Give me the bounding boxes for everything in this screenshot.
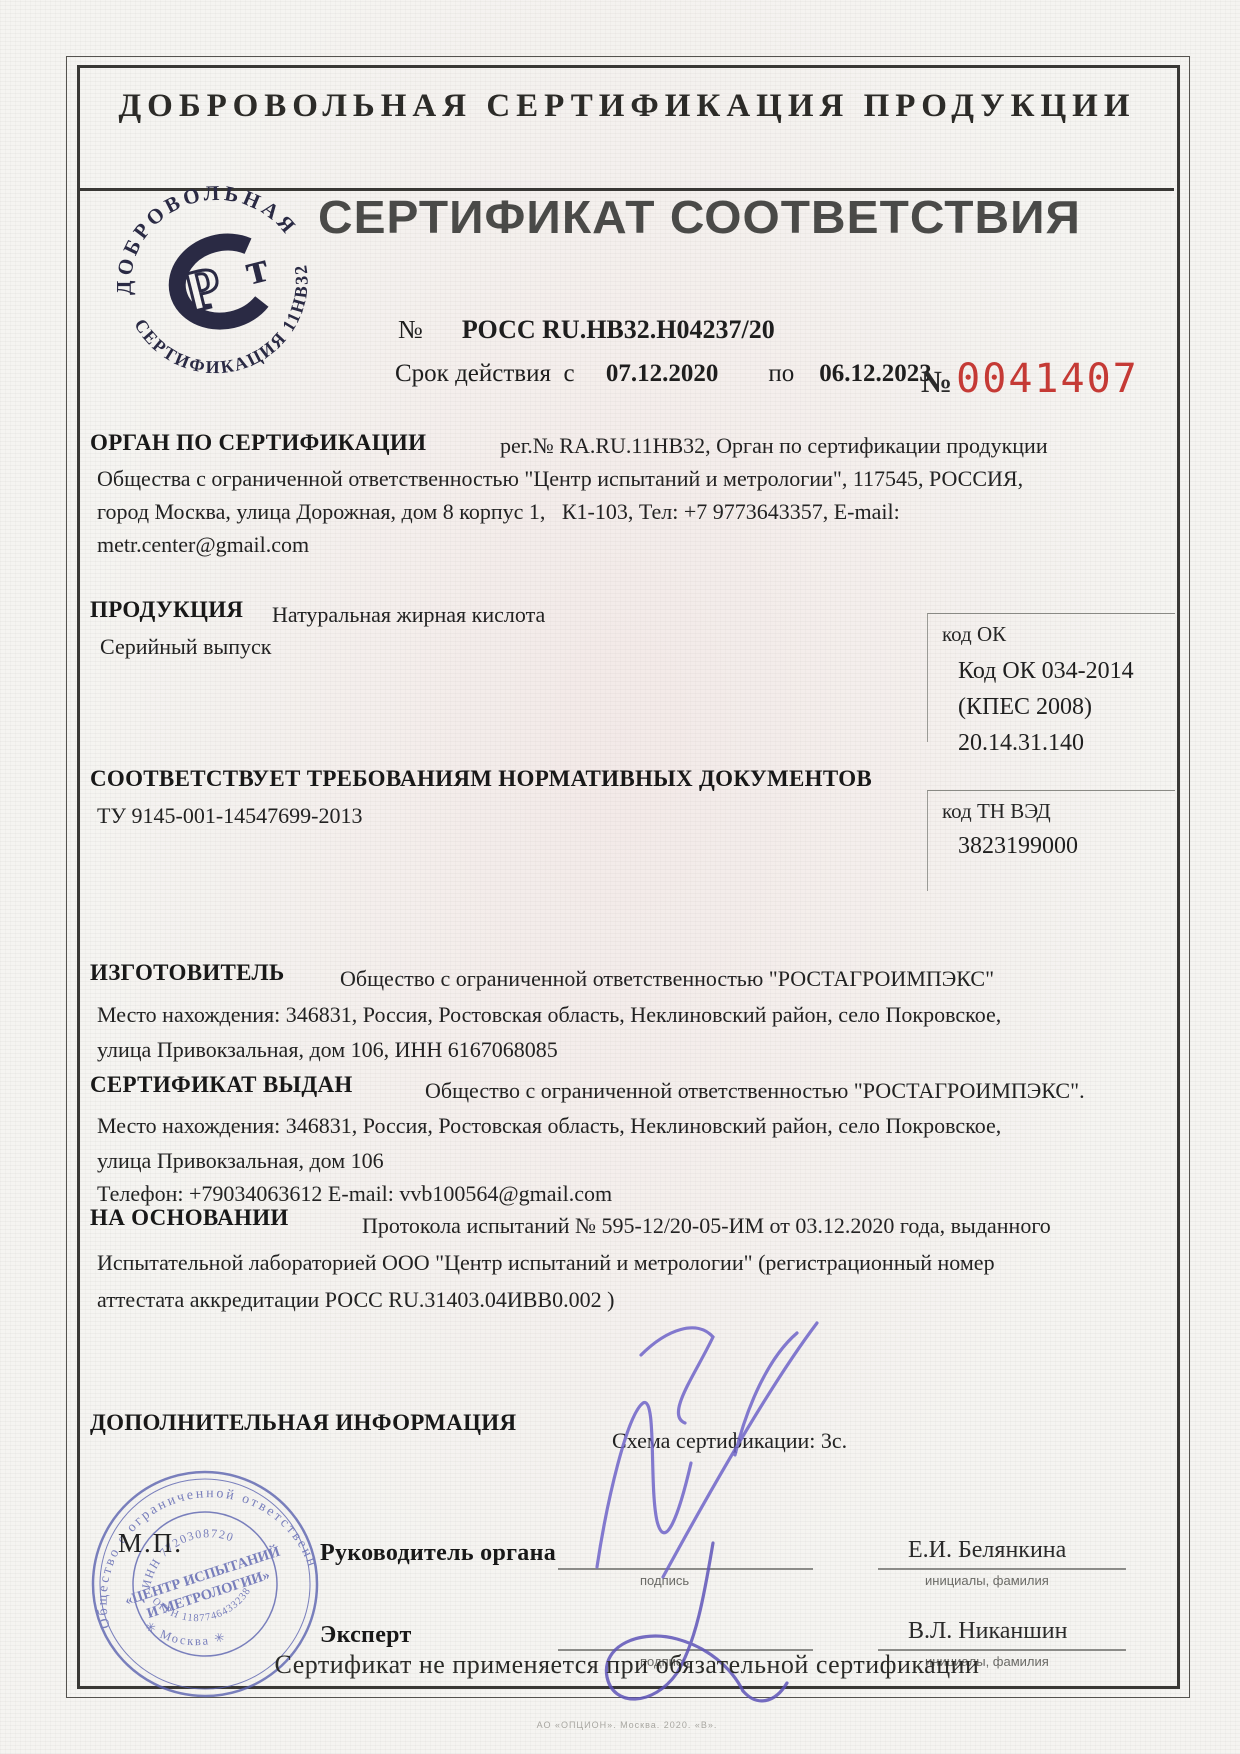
rst-mark-icon: Р т xyxy=(169,233,278,331)
rst-logo: ДОБРОВОЛЬНАЯ СЕРТИФИКАЦИЯ 11НВ32 Р т xyxy=(98,183,334,403)
body-line2: Общества с ограниченной ответственностью… xyxy=(97,466,1023,492)
tnved-code-value: 3823199000 xyxy=(928,824,1175,864)
additional-section-label: ДОПОЛНИТЕЛЬНАЯ ИНФОРМАЦИЯ xyxy=(90,1410,516,1436)
head-role-label: Руководитель органа xyxy=(320,1540,556,1567)
head-name-caption: инициалы, фамилия xyxy=(925,1573,1049,1588)
conforms-section-label: СООТВЕТСТВУЕТ ТРЕБОВАНИЯМ НОРМАТИВНЫХ ДО… xyxy=(90,766,872,792)
product-type: Серийный выпуск xyxy=(100,634,271,660)
tnved-code-label: код ТН ВЭД xyxy=(928,791,1175,824)
expert-signature-ink xyxy=(555,1535,835,1725)
ok-code-label: код ОК xyxy=(928,614,1175,647)
product-name: Натуральная жирная кислота xyxy=(272,602,545,628)
ok-code-line2: (КПЕС 2008) xyxy=(928,689,1175,725)
expert-name: В.Л. Никаншин xyxy=(908,1618,1067,1645)
head-name: Е.И. Белянкина xyxy=(908,1537,1066,1564)
conforms-value: ТУ 9145-001-14547699-2013 xyxy=(97,803,363,829)
head-name-line xyxy=(878,1568,1126,1570)
basis-line3: аттестата аккредитации РОСС RU.31403.04И… xyxy=(97,1287,614,1313)
manufacturer-section-label: ИЗГОТОВИТЕЛЬ xyxy=(90,960,284,986)
issued-line2: Место нахождения: 346831, Россия, Ростов… xyxy=(97,1113,1001,1139)
issued-line4: Телефон: +79034063612 E-mail: vvb100564@… xyxy=(97,1181,612,1207)
form-number-value: 0041407 xyxy=(956,356,1139,402)
ok-code-line3: 20.14.31.140 xyxy=(928,725,1175,761)
ok-code-box: код ОК Код ОК 034-2014 (КПЕС 2008) 20.14… xyxy=(927,613,1175,742)
manufacturer-line2: Место нахождения: 346831, Россия, Ростов… xyxy=(97,1002,1001,1028)
body-reg-line: рег.№ RA.RU.11НВ32, Орган по сертификаци… xyxy=(500,433,1048,459)
basis-line2: Испытательной лабораторией ООО "Центр ис… xyxy=(97,1250,995,1276)
manufacturer-line3: улица Привокзальная, дом 106, ИНН 616706… xyxy=(97,1037,558,1063)
basis-line1: Протокола испытаний № 595-12/20-05-ИМ от… xyxy=(362,1213,1051,1239)
ok-code-line1: Код ОК 034-2014 xyxy=(928,647,1175,689)
validity-row: Срок действия с 07.12.2020 по 06.12.2023 xyxy=(370,332,932,416)
form-number: № 0041407 xyxy=(905,338,1139,420)
manufacturer-name: Общество с ограниченной ответственностью… xyxy=(340,966,994,992)
issued-name: Общество с ограниченной ответственностью… xyxy=(425,1078,1085,1104)
mp-label: М.П. xyxy=(118,1528,183,1559)
validity-to-word: по xyxy=(768,360,794,387)
expert-role-label: Эксперт xyxy=(320,1622,412,1649)
issued-line3: улица Привокзальная, дом 106 xyxy=(97,1148,384,1174)
issued-section-label: СЕРТИФИКАТ ВЫДАН xyxy=(90,1072,353,1098)
product-section-label: ПРОДУКЦИЯ xyxy=(90,597,243,623)
basis-section-label: НА ОСНОВАНИИ xyxy=(90,1205,289,1231)
body-section-label: ОРГАН ПО СЕРТИФИКАЦИИ xyxy=(90,430,426,456)
body-line4: metr.center@gmail.com xyxy=(97,532,309,558)
certificate-page: ДОБРОВОЛЬНАЯ СЕРТИФИКАЦИЯ ПРОДУКЦИИ ДОБР… xyxy=(0,0,1240,1754)
footer-note: Сертификат не применяется при обязательн… xyxy=(80,1650,1174,1680)
validity-label: Срок действия xyxy=(395,360,551,387)
validity-from-word: с xyxy=(563,360,574,387)
banner-title: ДОБРОВОЛЬНАЯ СЕРТИФИКАЦИЯ ПРОДУКЦИИ xyxy=(80,88,1174,125)
body-line3: город Москва, улица Дорожная, дом 8 корп… xyxy=(97,499,900,525)
form-number-sign: № xyxy=(921,364,952,399)
svg-text:т: т xyxy=(240,242,273,295)
certificate-title: СЕРТИФИКАТ СООТВЕТСТВИЯ xyxy=(318,190,1081,244)
tnved-code-box: код ТН ВЭД 3823199000 xyxy=(927,790,1175,891)
print-note: АО «ОПЦИОН». Москва. 2020. «В». xyxy=(80,1720,1174,1730)
valid-from-date: 07.12.2020 xyxy=(606,360,719,387)
